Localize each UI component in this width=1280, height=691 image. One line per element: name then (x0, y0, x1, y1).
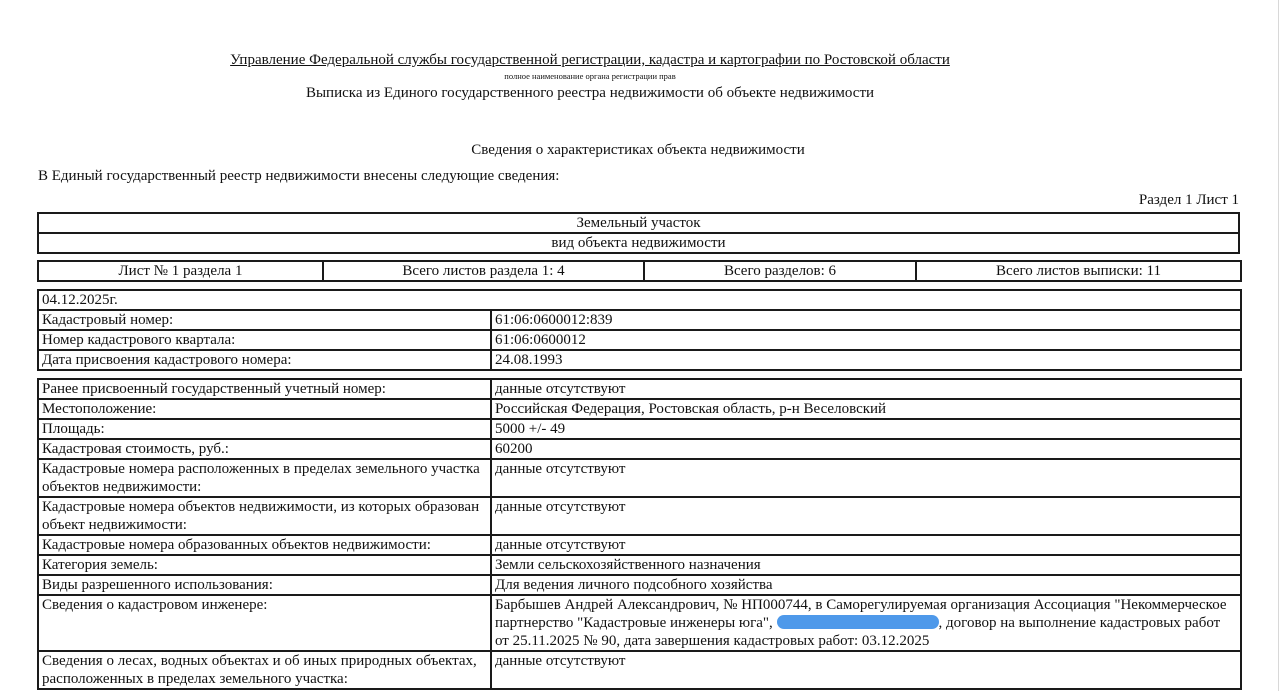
row-label: Номер кадастрового квартала: (38, 330, 491, 350)
land-category: Земли сельскохозяйственного назначения (491, 555, 1241, 575)
table-row: Категория земель: Земли сельскохозяйстве… (38, 555, 1241, 575)
organization-caption: полное наименование органа регистрации п… (0, 71, 1180, 81)
row-value: данные отсутствуют (491, 379, 1241, 399)
table-row: Сведения о лесах, водных объектах и об и… (38, 651, 1241, 689)
row-label: Кадастровый номер: (38, 310, 491, 330)
section-title: Сведения о характеристиках объекта недви… (0, 142, 1276, 159)
row-label: Местоположение: (38, 399, 491, 419)
details-table: Ранее присвоенный государственный учетны… (37, 378, 1242, 690)
row-label: Сведения о кадастровом инженере: (38, 595, 491, 651)
section-intro: В Единый государственный реестр недвижим… (38, 168, 559, 185)
assignment-date: 24.08.1993 (491, 350, 1241, 370)
object-type-caption: вид объекта недвижимости (38, 233, 1239, 253)
row-value: данные отсутствуют (491, 497, 1241, 535)
table-row: Кадастровая стоимость, руб.: 60200 (38, 439, 1241, 459)
table-row: Кадастровые номера образованных объектов… (38, 535, 1241, 555)
row-label: Кадастровая стоимость, руб.: (38, 439, 491, 459)
location-value: Российская Федерация, Ростовская область… (491, 399, 1241, 419)
row-label: Ранее присвоенный государственный учетны… (38, 379, 491, 399)
cadastral-engineer: Барбышев Андрей Александрович, № НП00074… (491, 595, 1241, 651)
table-row: Сведения о кадастровом инженере: Барбыше… (38, 595, 1241, 651)
section-reference: Раздел 1 Лист 1 (1139, 192, 1239, 209)
organization-title: Управление Федеральной службы государств… (0, 52, 1180, 69)
table-row: Ранее присвоенный государственный учетны… (38, 379, 1241, 399)
sections-total: Всего разделов: 6 (644, 261, 916, 281)
row-label: Дата присвоения кадастрового номера: (38, 350, 491, 370)
sheet-number: Лист № 1 раздела 1 (38, 261, 323, 281)
row-value: данные отсутствуют (491, 535, 1241, 555)
table-row: Кадастровый номер: 61:06:0600012:839 (38, 310, 1241, 330)
row-label: Виды разрешенного использования: (38, 575, 491, 595)
sheet-info-table: Лист № 1 раздела 1 Всего листов раздела … (37, 260, 1242, 282)
table-row: Кадастровые номера расположенных в преде… (38, 459, 1241, 497)
row-label: Сведения о лесах, водных объектах и об и… (38, 651, 491, 689)
cadastral-quarter: 61:06:0600012 (491, 330, 1241, 350)
cadastral-value: 60200 (491, 439, 1241, 459)
object-type: Земельный участок (38, 213, 1239, 233)
area-value: 5000 +/- 49 (491, 419, 1241, 439)
table-row: Виды разрешенного использования: Для вед… (38, 575, 1241, 595)
table-row: Местоположение: Российская Федерация, Ро… (38, 399, 1241, 419)
row-value: данные отсутствуют (491, 651, 1241, 689)
table-row: Номер кадастрового квартала: 61:06:06000… (38, 330, 1241, 350)
table-row: Кадастровые номера объектов недвижимости… (38, 497, 1241, 535)
row-value: данные отсутствуют (491, 459, 1241, 497)
row-label: Категория земель: (38, 555, 491, 575)
basic-info-table: 04.12.2025г. Кадастровый номер: 61:06:06… (37, 289, 1242, 371)
table-row: Дата присвоения кадастрового номера: 24.… (38, 350, 1241, 370)
cadastral-number: 61:06:0600012:839 (491, 310, 1241, 330)
extract-sheets-total: Всего листов выписки: 11 (916, 261, 1241, 281)
object-type-table: Земельный участок вид объекта недвижимос… (37, 212, 1240, 254)
row-label: Кадастровые номера образованных объектов… (38, 535, 491, 555)
permitted-use: Для ведения личного подсобного хозяйства (491, 575, 1241, 595)
table-row: Площадь: 5000 +/- 49 (38, 419, 1241, 439)
row-label: Кадастровые номера объектов недвижимости… (38, 497, 491, 535)
section-sheets-total: Всего листов раздела 1: 4 (323, 261, 644, 281)
redaction-mark (777, 615, 939, 629)
row-label: Площадь: (38, 419, 491, 439)
extract-date: 04.12.2025г. (38, 290, 1241, 310)
row-label: Кадастровые номера расположенных в преде… (38, 459, 491, 497)
document-title: Выписка из Единого государственного реес… (0, 85, 1180, 102)
page-edge (1278, 0, 1279, 691)
